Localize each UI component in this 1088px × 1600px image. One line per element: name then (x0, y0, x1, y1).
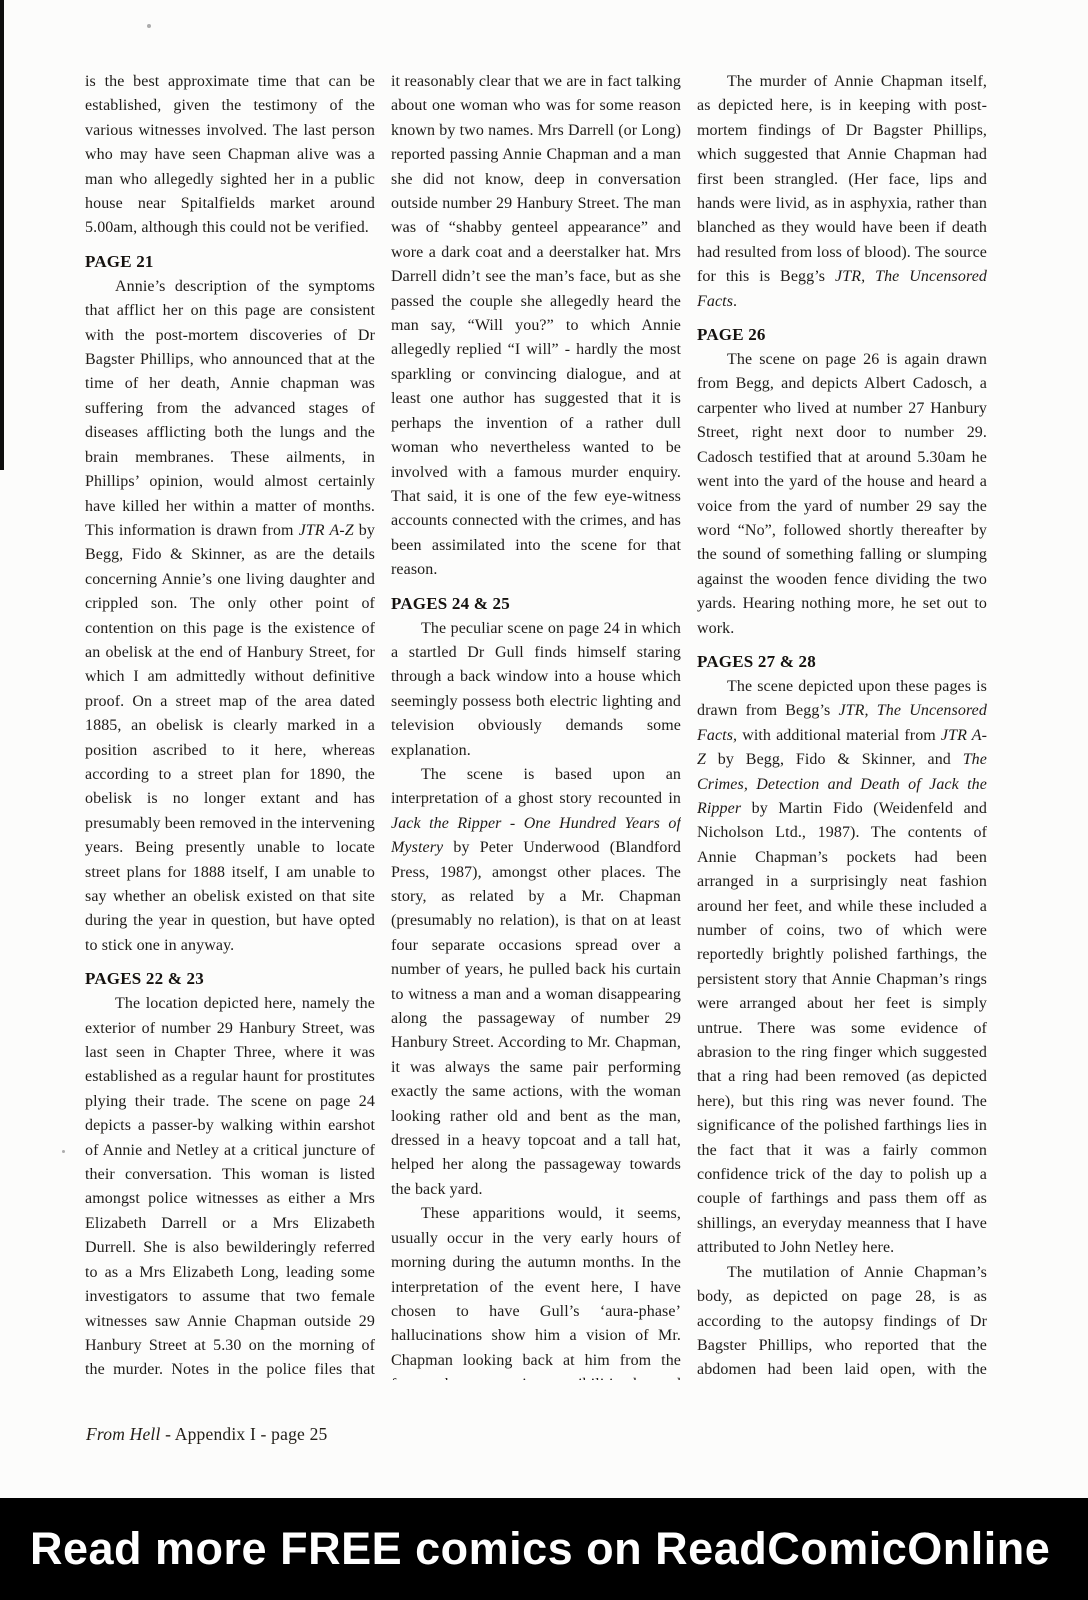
footer-book-title: From Hell (86, 1424, 161, 1444)
scan-speck (62, 1150, 65, 1153)
promo-banner-text: Read more FREE comics on ReadComicOnline (0, 1523, 1050, 1575)
paragraph: The mutilation of Annie Chapman’s body, … (697, 1261, 987, 1380)
scan-edge-artifact (0, 0, 4, 470)
paragraph: The murder of Annie Chapman itself, as d… (697, 70, 987, 314)
paragraph: The peculiar scene on page 24 in which a… (391, 617, 681, 763)
paragraph: it reasonably clear that we are in fact … (391, 70, 681, 583)
scanned-appendix-page: is the best approximate time that can be… (0, 0, 1088, 1600)
section-heading: PAGE 21 (85, 252, 375, 272)
section-heading: PAGE 26 (697, 325, 987, 345)
paragraph: The location depicted here, namely the e… (85, 992, 375, 1380)
paragraph: The scene is based upon an interpretatio… (391, 763, 681, 1202)
paragraph: is the best approximate time that can be… (85, 70, 375, 241)
paragraph: Annie’s description of the symptoms that… (85, 275, 375, 958)
footer-page-label: - Appendix I - page 25 (161, 1424, 328, 1444)
paragraph: The scene on page 26 is again drawn from… (697, 348, 987, 641)
section-heading: PAGES 22 & 23 (85, 969, 375, 989)
text-column-1: is the best approximate time that can be… (85, 70, 375, 1380)
promo-banner[interactable]: Read more FREE comics on ReadComicOnline (0, 1498, 1088, 1600)
text-columns: is the best approximate time that can be… (85, 70, 987, 1380)
text-column-3: The murder of Annie Chapman itself, as d… (697, 70, 987, 1380)
page-footer: From Hell - Appendix I - page 25 (86, 1424, 327, 1445)
section-heading: PAGES 24 & 25 (391, 594, 681, 614)
paragraph: The scene depicted upon these pages is d… (697, 675, 987, 1261)
text-column-2: it reasonably clear that we are in fact … (391, 70, 681, 1380)
paragraph: These apparitions would, it seems, usual… (391, 1202, 681, 1380)
section-heading: PAGES 27 & 28 (697, 652, 987, 672)
scan-speck (147, 24, 151, 28)
